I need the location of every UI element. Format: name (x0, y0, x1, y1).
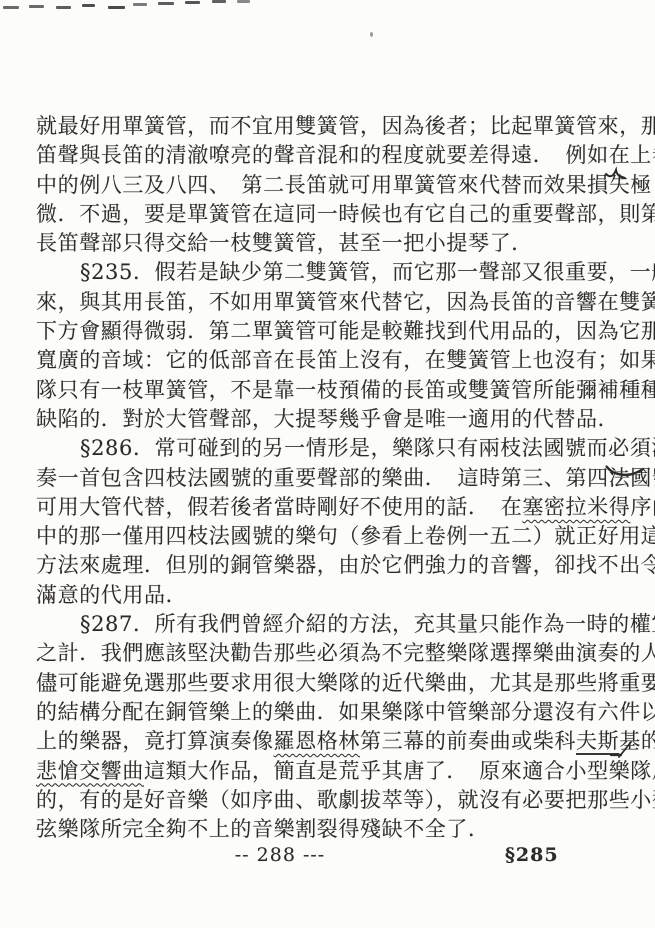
text-line: 微．不過，要是單簧管在這同一時候也有它自己的重要聲部，則第二 (36, 200, 628, 229)
text-line: 下方會顯得微弱．第二單簧管可能是較難找到代用品的，因為它那 (36, 317, 628, 346)
text-line: 缺陷的．對於大管聲部，大提琴幾乎會是唯一適用的代替品． (36, 405, 628, 434)
scan-dash-mark (158, 2, 174, 5)
text-line: 上的樂器，竟打算演奏像羅恩格林第三幕的前奏曲或柴科夫斯基的 (36, 727, 628, 756)
scanned-book-page: 就最好用單簧管，而不宜用雙簧管，因為後者；比起單簧管來，那種蘆笛聲與長笛的清澈嘹… (0, 0, 655, 928)
text-run: 就最好用單簧管，而不宜用雙簧管，因為後者；比起單簧管來，那種蘆 (36, 114, 655, 138)
text-run: 奏一首包含四枝法國號的重要聲部的樂曲． 這時第三、第四法國號 (36, 466, 655, 490)
text-line: §235．假若是缺少第二雙簧管，而它那一聲部又很重要，一般說 (36, 258, 628, 287)
underlined-proper-name: 悲愴交響曲 (36, 759, 144, 783)
text-line: §286．常可碰到的另一情形是，樂隊只有兩枝法國號而必須演 (36, 434, 628, 463)
scan-dash-mark (212, 0, 226, 3)
text-run: 長笛聲部只得交給一枝雙簧管，甚至一把小提琴了． (36, 231, 533, 255)
text-run: 滿意的代用品． (36, 583, 187, 607)
text-line: 之計．我們應該堅決勸告那些必須為不完整樂隊選擇樂曲演奏的人 (36, 639, 628, 668)
text-line: 滿意的代用品． (36, 581, 628, 610)
text-run: 之計．我們應該堅決勸告那些必須為不完整樂隊選擇樂曲演奏的人 (36, 641, 655, 665)
scan-dash-mark (185, 1, 200, 4)
text-line: 中的那一僅用四枝法國號的樂句（參看上卷例一五二）就正好用這一 (36, 522, 628, 551)
text-run: 下方會顯得微弱．第二單簧管可能是較難找到代用品的，因為它那 (36, 319, 655, 343)
text-line: 長笛聲部只得交給一枝雙簧管，甚至一把小提琴了． (36, 229, 628, 258)
text-run: 缺陷的．對於大管聲部，大提琴幾乎會是唯一適用的代替品． (36, 407, 619, 431)
text-line: 奏一首包含四枝法國號的重要聲部的樂曲． 這時第三、第四法國號 (36, 464, 628, 493)
check-pen-mark-icon (603, 164, 631, 190)
text-run: 弦樂隊所完全夠不上的音樂割裂得殘缺不全了． (36, 817, 490, 841)
text-line: 可用大管代替，假若後者當時剛好不使用的話． 在塞密拉米得序曲 (36, 493, 628, 522)
text-run: 方法來處理．但別的銅管樂器，由於它們強力的音響，卻找不出令人 (36, 553, 655, 577)
text-line: 來，與其用長笛，不如用單簧管來代替它，因為長笛的音響在雙簧管 (36, 288, 628, 317)
scan-dash-mark (237, 0, 250, 3)
text-line: 方法來處理．但別的銅管樂器，由於它們強力的音響，卻找不出令人 (36, 551, 628, 580)
scan-dash-mark (56, 6, 71, 9)
page-number: -- 288 --- (200, 844, 360, 866)
section-reference: §285 (505, 844, 559, 866)
text-run: 中的那一僅用四枝法國號的樂句（參看上卷例一五二）就正好用這一 (36, 524, 655, 548)
text-run: 的，有的是好音樂（如序曲、歌劇拔萃等），就沒有必要把那些小型管 (36, 788, 655, 812)
text-run: 微．不過，要是單簧管在這同一時候也有它自己的重要聲部，則第二 (36, 202, 655, 226)
text-run: 的結構分配在銅管樂上的樂曲．如果樂隊中管樂部分還沒有六件以 (36, 700, 655, 724)
text-lines: 就最好用單簧管，而不宜用雙簧管，因為後者；比起單簧管來，那種蘆笛聲與長笛的清澈嘹… (36, 112, 628, 844)
scan-dash-mark (133, 3, 147, 6)
swoosh-pen-mark-icon (604, 458, 646, 484)
text-run: 來，與其用長笛，不如用單簧管來代替它，因為長笛的音響在雙簧管 (36, 290, 655, 314)
text-run: 這類大作品，簡直是荒乎其唐了． 原來適合小型樂隊用 (144, 759, 655, 783)
text-run: 序曲 (630, 495, 655, 519)
text-run: 儘可能避免選那些要求用很大樂隊的近代樂曲，尤其是那些將重要 (36, 671, 655, 695)
text-line: 中的例八三及八四、 第二長笛就可用單簧管來代替而效果損失極 (36, 171, 628, 200)
text-line: 隊只有一枝單簧管，不是靠一枝預備的長笛或雙簧管所能彌補種種 (36, 376, 628, 405)
scan-dash-mark (108, 6, 125, 9)
text-line: 就最好用單簧管，而不宜用雙簧管，因為後者；比起單簧管來，那種蘆 (36, 112, 628, 141)
scan-dash-mark (82, 4, 95, 7)
scan-dash-mark (3, 6, 19, 9)
text-line: 的結構分配在銅管樂上的樂曲．如果樂隊中管樂部分還沒有六件以 (36, 698, 628, 727)
text-line: §287．所有我們曾經介紹的方法，充其量只能作為一時的權宜 (36, 610, 628, 639)
text-line: 寬廣的音域：它的低部音在長笛上沒有，在雙簧管上也沒有；如果樂 (36, 346, 628, 375)
text-run: §235．假若是缺少第二雙簧管，而它那一聲部又很重要，一般說 (80, 260, 655, 284)
text-run: 上的樂器，竟打算演奏像 (36, 729, 274, 753)
text-line: 儘可能避免選那些要求用很大樂隊的近代樂曲，尤其是那些將重要 (36, 669, 628, 698)
text-run: 可用大管代替，假若後者當時剛好不使用的話． 在 (36, 495, 522, 519)
text-line: 的，有的是好音樂（如序曲、歌劇拔萃等），就沒有必要把那些小型管 (36, 786, 628, 815)
tick-pen-mark-icon (608, 736, 638, 766)
text-run: 笛聲與長笛的清澈嘹亮的聲音混和的程度就要差得遠． 例如在上卷 (36, 143, 655, 167)
text-run: 第三幕的前奏曲或柴科 (360, 729, 576, 753)
text-run: 中的例八三及八四、 第二長笛就可用單簧管來代替而效果損失極 (36, 173, 652, 197)
text-run: §286．常可碰到的另一情形是，樂隊只有兩枝法國號而必須演 (80, 436, 655, 460)
page-footer: -- 288 --- §285 (0, 844, 655, 874)
text-run: 寬廣的音域：它的低部音在長笛上沒有，在雙簧管上也沒有；如果樂 (36, 348, 655, 372)
scan-speck (370, 32, 373, 37)
text-run: 隊只有一枝單簧管，不是靠一枝預備的長笛或雙簧管所能彌補種種 (36, 378, 655, 402)
underlined-proper-name: 羅恩格林 (274, 729, 360, 753)
underlined-proper-name: 塞密拉米得 (522, 495, 630, 519)
scan-dash-mark (29, 5, 44, 8)
text-line: 笛聲與長笛的清澈嘹亮的聲音混和的程度就要差得遠． 例如在上卷 (36, 141, 628, 170)
text-line: 悲愴交響曲這類大作品，簡直是荒乎其唐了． 原來適合小型樂隊用 (36, 757, 628, 786)
text-line: 弦樂隊所完全夠不上的音樂割裂得殘缺不全了． (36, 815, 628, 844)
text-run: §287．所有我們曾經介紹的方法，充其量只能作為一時的權宜 (80, 612, 655, 636)
